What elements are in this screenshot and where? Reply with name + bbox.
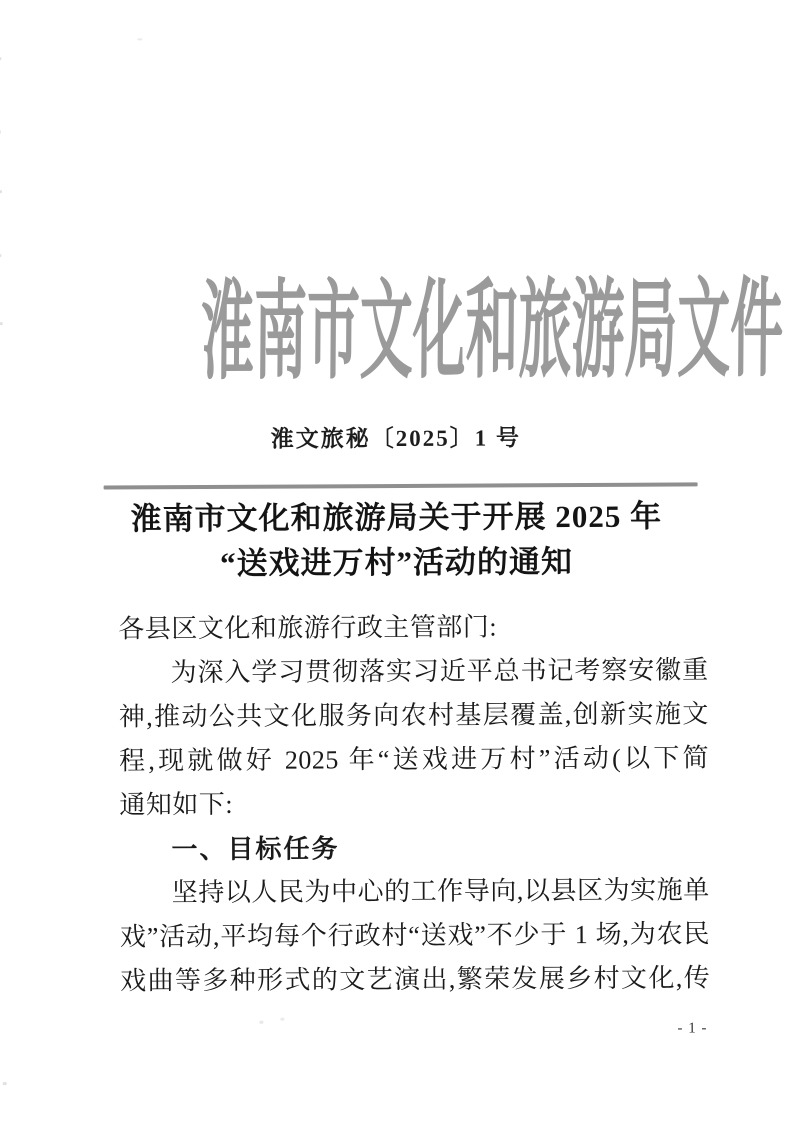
scan-artifact [259, 1021, 263, 1024]
notice-title-line2: “送戏进万村”活动的通知 [0, 538, 793, 587]
document-page: 淮南市文化和旅游局文件 淮文旅秘〔2025〕1 号 淮南市文化和旅游局关于开展 … [0, 0, 793, 1122]
agency-letterhead: 淮南市文化和旅游局文件 [201, 267, 591, 395]
scan-artifact [0, 130, 1, 134]
paragraph-line: 通知如下: [119, 780, 709, 827]
scan-artifact [0, 57, 1, 60]
paragraph-line: 戏曲等多种形式的文艺演出,繁荣发展乡村文化,传播弘扬戏 [120, 956, 710, 1003]
scan-artifact [137, 38, 142, 40]
salutation-line: 各县区文化和旅游行政主管部门: [118, 604, 708, 651]
document-body: 各县区文化和旅游行政主管部门: 为深入学习贯彻落实习近平总书记考察安徽重要讲话精… [118, 604, 710, 1003]
paragraph-line: 戏”活动,平均每个行政村“送戏”不少于 1 场,为农民提供 [120, 912, 710, 959]
scan-artifact [0, 254, 1, 257]
paragraph-line: 神,推动公共文化服务向农村基层覆盖,创新实施文化惠民工 [119, 692, 709, 739]
section-heading: 一、目标任务 [119, 824, 709, 871]
scanned-content: 淮南市文化和旅游局文件 淮文旅秘〔2025〕1 号 淮南市文化和旅游局关于开展 … [0, 0, 793, 1122]
scan-artifact [280, 1018, 284, 1021]
page-number: - 1 - [658, 1020, 726, 1037]
notice-title: 淮南市文化和旅游局关于开展 2025 年 “送戏进万村”活动的通知 [0, 493, 793, 587]
scan-artifact [0, 190, 2, 193]
paragraph-line: 为深入学习贯彻落实习近平总书记考察安徽重要讲话精 [118, 648, 708, 695]
notice-title-line1: 淮南市文化和旅游局关于开展 2025 年 [0, 493, 793, 542]
document-number: 淮文旅秘〔2025〕1 号 [0, 418, 792, 455]
paragraph-line: 程,现就做好 2025 年“送戏进万村”活动(以下简称“送戏”) [119, 736, 709, 783]
scan-artifact [3, 1082, 7, 1085]
header-divider-rule [104, 482, 698, 489]
paragraph-line: 坚持以人民为中心的工作导向,以县区为实施单位开展“送 [120, 868, 710, 915]
scan-artifact [0, 322, 3, 325]
